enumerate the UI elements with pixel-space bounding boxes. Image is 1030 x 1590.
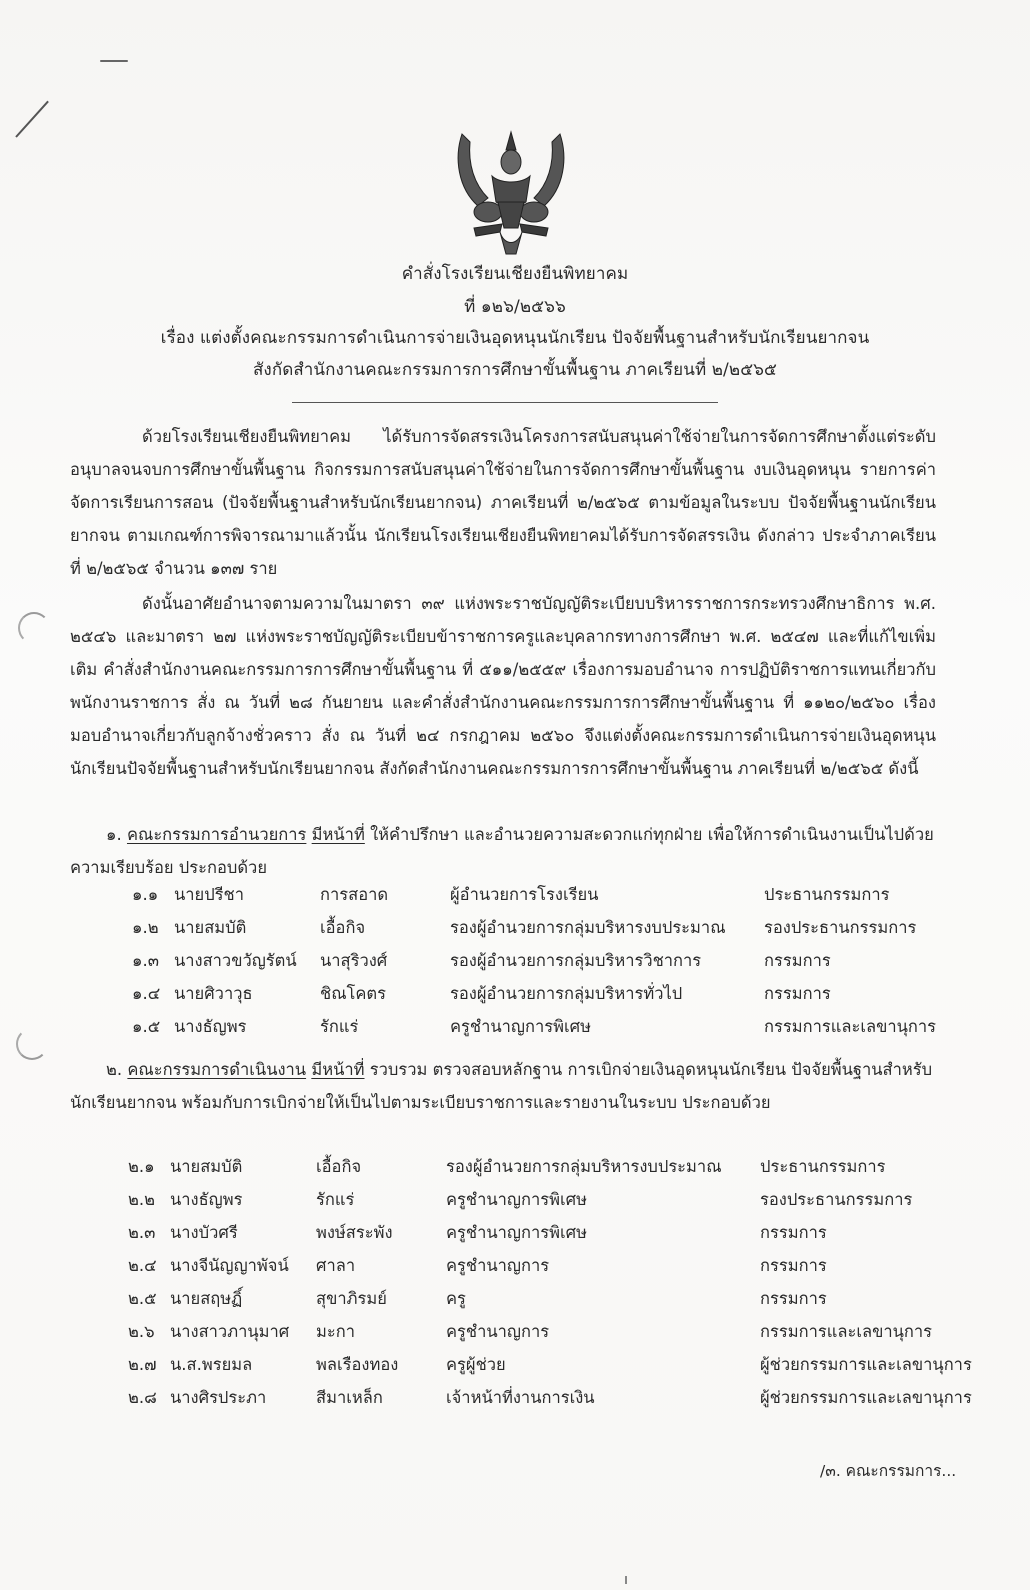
authority-paragraph: ดังนั้นอาศัยอำนาจตามความในมาตรา ๓๙ แห่งพ… [70, 587, 936, 785]
punch-hole-icon [16, 1028, 48, 1060]
member-position: เจ้าหน้าที่งานการเงิน [446, 1383, 595, 1413]
order-number: ที่ ๑๒๖/๒๕๖๖ [0, 293, 1030, 320]
member-surname: ศาลา [316, 1251, 355, 1281]
member-name: นางธัญพร [174, 1012, 246, 1042]
member-role: กรรมการ [764, 946, 831, 976]
member-name: นางสาวขวัญรัตน์ [174, 946, 297, 976]
member-surname: ชิณโคตร [320, 979, 386, 1009]
pen-mark [100, 60, 128, 62]
member-name: นางสาวภานุมาศ [170, 1317, 289, 1347]
section-number: ๑. [106, 825, 122, 844]
member-no: ๑.๓ [132, 946, 159, 976]
member-name: นายสฤษฏิ์ [170, 1284, 242, 1314]
member-surname: สีมาเหล็ก [316, 1383, 383, 1413]
document-page: คำสั่งโรงเรียนเชียงยืนพิทยาคม ที่ ๑๒๖/๒๕… [0, 0, 1030, 1590]
document-title: คำสั่งโรงเรียนเชียงยืนพิทยาคม [0, 260, 1030, 287]
member-role: กรรมการ [760, 1218, 827, 1248]
member-no: ๒.๒ [128, 1185, 155, 1215]
member-position: รองผู้อำนวยการกลุ่มบริหารทั่วไป [450, 979, 682, 1009]
member-position: รองผู้อำนวยการกลุ่มบริหารงบประมาณ [446, 1152, 722, 1182]
member-surname: มะกา [316, 1317, 355, 1347]
member-position: รองผู้อำนวยการกลุ่มบริหารวิชาการ [450, 946, 701, 976]
member-position: ครูชำนาญการพิเศษ [446, 1185, 587, 1215]
member-row: ๒.๑นายสมบัติเอื้อกิจรองผู้อำนวยการกลุ่มบ… [128, 1152, 968, 1182]
member-name: นายศิวาวุธ [174, 979, 253, 1009]
scan-mark [625, 1576, 627, 1584]
intro-paragraph: ด้วยโรงเรียนเชียงยืนพิทยาคม ได้รับการจัด… [70, 420, 936, 585]
member-position: ครูชำนาญการ [446, 1251, 549, 1281]
member-name: นายสมบัติ [170, 1152, 242, 1182]
member-surname: นาสุริวงศ์ [320, 946, 387, 976]
member-no: ๒.๕ [128, 1284, 157, 1314]
subject-line-2: สังกัดสำนักงานคณะกรรมการการศึกษาขั้นพื้น… [0, 356, 1030, 383]
member-row: ๒.๓นางบัวศรีพงษ์สระพังครูชำนาญการพิเศษกร… [128, 1218, 968, 1248]
member-role: รองประธานกรรมการ [760, 1185, 912, 1215]
member-role: กรรมการและเลขานุการ [764, 1012, 936, 1042]
section-2-heading: ๒. คณะกรรมการดำเนินงาน มีหน้าที่ รวบรวม … [70, 1053, 936, 1119]
member-name: นายสมบัติ [174, 913, 246, 943]
section-name: คณะกรรมการอำนวยการ [127, 825, 306, 844]
member-name: น.ส.พรยมล [170, 1350, 252, 1380]
authority-text: ดังนั้นอาศัยอำนาจตามความในมาตรา ๓๙ แห่งพ… [70, 594, 936, 778]
member-role: กรรมการและเลขานุการ [760, 1317, 932, 1347]
member-surname: รักแร่ [316, 1185, 354, 1215]
garuda-emblem-icon [452, 128, 570, 258]
member-name: นางธัญพร [170, 1185, 242, 1215]
member-role: รองประธานกรรมการ [764, 913, 916, 943]
pen-slash-mark [15, 101, 49, 138]
member-name: นางบัวศรี [170, 1218, 238, 1248]
member-surname: เอื้อกิจ [316, 1152, 361, 1182]
subject-line-1: เรื่อง แต่งตั้งคณะกรรมการดำเนินการจ่ายเง… [0, 324, 1030, 351]
continuation-note: /๓. คณะกรรมการ... [820, 1458, 956, 1483]
member-position: ผู้อำนวยการโรงเรียน [450, 880, 598, 910]
member-no: ๒.๖ [128, 1317, 155, 1347]
member-role: ผู้ช่วยกรรมการและเลขานุการ [760, 1383, 972, 1413]
member-no: ๒.๗ [128, 1350, 157, 1380]
member-surname: การสอาด [320, 880, 388, 910]
section-number: ๒. [106, 1060, 122, 1079]
member-row: ๒.๘นางศิรประภาสีมาเหล็กเจ้าหน้าที่งานการ… [128, 1383, 968, 1413]
member-no: ๒.๔ [128, 1251, 157, 1281]
member-no: ๒.๑ [128, 1152, 155, 1182]
member-surname: เอื้อกิจ [320, 913, 365, 943]
member-row: ๑.๔นายศิวาวุธชิณโคตรรองผู้อำนวยการกลุ่มบ… [132, 979, 952, 1009]
member-position: ครู [446, 1284, 466, 1314]
member-row: ๒.๖นางสาวภานุมาศมะกาครูชำนาญการกรรมการแล… [128, 1317, 968, 1347]
member-surname: พงษ์สระพัง [316, 1218, 393, 1248]
member-name: นางศิรประภา [170, 1383, 266, 1413]
member-position: ครูชำนาญการพิเศษ [446, 1218, 587, 1248]
member-position: ครูผู้ช่วย [446, 1350, 506, 1380]
member-role: ผู้ช่วยกรรมการและเลขานุการ [760, 1350, 972, 1380]
duty-label: มีหน้าที่ [312, 825, 365, 844]
member-row: ๑.๒นายสมบัติเอื้อกิจรองผู้อำนวยการกลุ่มบ… [132, 913, 952, 943]
member-role: กรรมการ [760, 1284, 827, 1314]
member-no: ๑.๑ [132, 880, 158, 910]
member-surname: สุขาภิรมย์ [316, 1284, 387, 1314]
member-row: ๒.๗น.ส.พรยมลพลเรืองทองครูผู้ช่วยผู้ช่วยก… [128, 1350, 968, 1380]
member-row: ๒.๒นางธัญพรรักแร่ครูชำนาญการพิเศษรองประธ… [128, 1185, 968, 1215]
member-name: นางจีนัญญาพัจน์ [170, 1251, 289, 1281]
member-surname: พลเรืองทอง [316, 1350, 398, 1380]
member-row: ๒.๔นางจีนัญญาพัจน์ศาลาครูชำนาญการกรรมการ [128, 1251, 968, 1281]
punch-hole-icon [18, 612, 50, 644]
section-name: คณะกรรมการดำเนินงาน [127, 1060, 306, 1079]
member-role: กรรมการ [760, 1251, 827, 1281]
member-no: ๑.๔ [132, 979, 160, 1009]
member-no: ๑.๕ [132, 1012, 160, 1042]
member-position: รองผู้อำนวยการกลุ่มบริหารงบประมาณ [450, 913, 726, 943]
member-row: ๒.๕นายสฤษฏิ์สุขาภิรมย์ครูกรรมการ [128, 1284, 968, 1314]
member-surname: รักแร่ [320, 1012, 358, 1042]
member-position: ครูชำนาญการ [446, 1317, 549, 1347]
member-position: ครูชำนาญการพิเศษ [450, 1012, 591, 1042]
member-no: ๒.๓ [128, 1218, 155, 1248]
member-row: ๑.๑นายปรีชาการสอาดผู้อำนวยการโรงเรียนประ… [132, 880, 952, 910]
member-role: กรรมการ [764, 979, 831, 1009]
intro-text: ด้วยโรงเรียนเชียงยืนพิทยาคม ได้รับการจัด… [70, 427, 936, 578]
duty-label: มีหน้าที่ [311, 1060, 364, 1079]
member-no: ๒.๘ [128, 1383, 157, 1413]
member-role: ประธานกรรมการ [760, 1152, 886, 1182]
member-row: ๑.๓นางสาวขวัญรัตน์นาสุริวงศ์รองผู้อำนวยก… [132, 946, 952, 976]
member-name: นายปรีชา [174, 880, 244, 910]
member-role: ประธานกรรมการ [764, 880, 890, 910]
section-1-heading: ๑. คณะกรรมการอำนวยการ มีหน้าที่ ให้คำปรึ… [70, 818, 936, 884]
separator-line [292, 402, 718, 403]
member-no: ๑.๒ [132, 913, 159, 943]
member-row: ๑.๕นางธัญพรรักแร่ครูชำนาญการพิเศษกรรมการ… [132, 1012, 952, 1042]
